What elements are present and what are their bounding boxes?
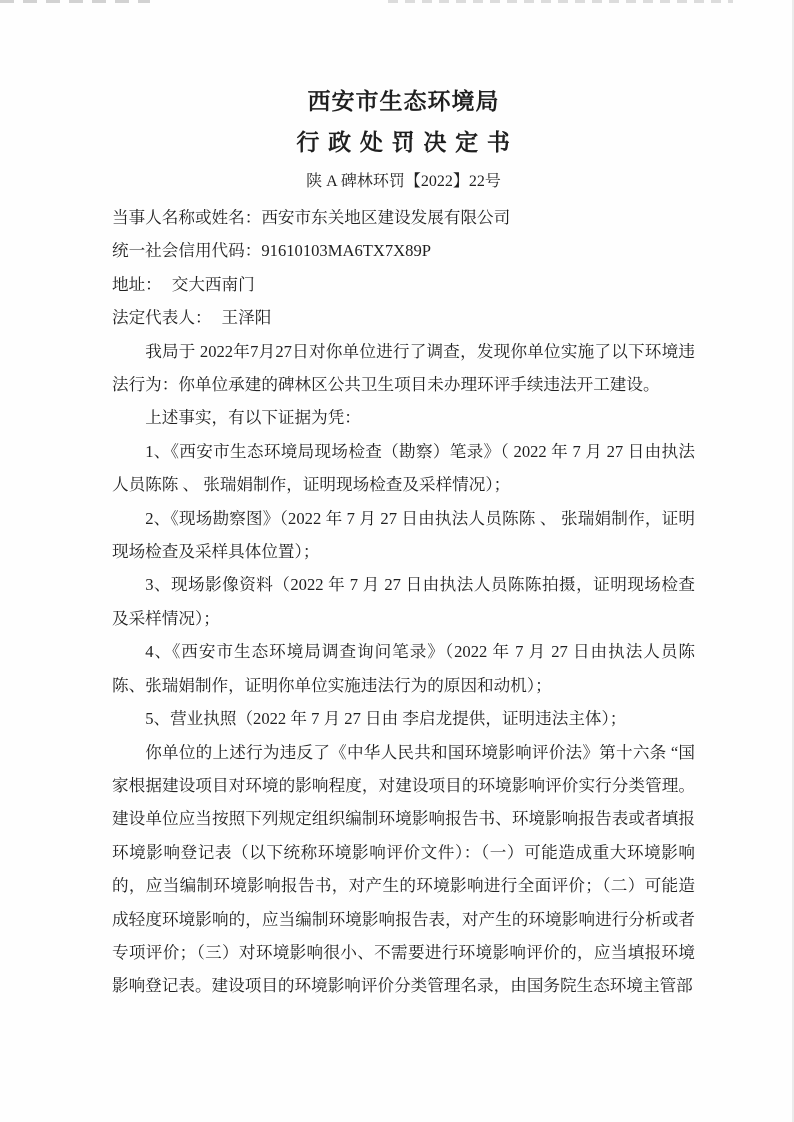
- paragraph: 我局于 2022年7月27日对你单位进行了调查，发现你单位实施了以下环境违法行为…: [112, 335, 695, 402]
- paragraph: 5、营业执照（2022 年 7 月 27 日由 李启龙提供，证明违法主体）；: [112, 702, 695, 735]
- paragraph: 你单位的上述行为违反了《中华人民共和国环境影响评价法》第十六条 “国家根据建设项…: [112, 736, 695, 1003]
- paragraph: 3、现场影像资料（2022 年 7 月 27 日由执法人员陈陈拍摄，证明现场检查…: [112, 568, 695, 635]
- info-value: 交大西南门: [172, 275, 255, 294]
- paragraph: 2、《现场勘察图》（2022 年 7 月 27 日由执法人员陈陈 、 张瑞娟制作…: [112, 502, 695, 569]
- info-value: 91610103MA6TX7X89P: [261, 241, 431, 260]
- info-label: 当事人名称或姓名：: [112, 208, 261, 227]
- doc-number: 陕 A 碑林环罚【2022】22号: [112, 172, 695, 192]
- document-body: 当事人名称或姓名：西安市东关地区建设发展有限公司统一社会信用代码：9161010…: [112, 201, 695, 1003]
- info-label: 地址：: [112, 275, 162, 294]
- org-title: 西安市生态环境局: [112, 86, 695, 116]
- info-label: 法定代表人：: [112, 308, 212, 327]
- paragraph: 4、《西安市生态环境局调查询问笔录》（2022 年 7 月 27 日由执法人员陈…: [112, 635, 695, 702]
- paragraph: 1、《西安市生态环境局现场检查（勘察）笔录》（ 2022 年 7 月 27 日由…: [112, 435, 695, 502]
- info-value: 王泽阳: [222, 308, 272, 327]
- party-info: 当事人名称或姓名：西安市东关地区建设发展有限公司统一社会信用代码：9161010…: [112, 201, 695, 335]
- paragraphs: 我局于 2022年7月27日对你单位进行了调查，发现你单位实施了以下环境违法行为…: [112, 335, 695, 1003]
- paragraph: 上述事实，有以下证据为凭：: [112, 401, 695, 434]
- info-line: 地址：交大西南门: [112, 268, 695, 301]
- document-content: 西安市生态环境局 行政处罚决定书 陕 A 碑林环罚【2022】22号 当事人名称…: [0, 0, 794, 1003]
- info-value: 西安市东关地区建设发展有限公司: [261, 208, 510, 227]
- info-line: 统一社会信用代码：91610103MA6TX7X89P: [112, 234, 695, 267]
- info-line: 法定代表人：王泽阳: [112, 301, 695, 334]
- doc-title: 行政处罚决定书: [112, 127, 695, 157]
- info-line: 当事人名称或姓名：西安市东关地区建设发展有限公司: [112, 201, 695, 234]
- scan-artifact-top-left: [0, 0, 150, 3]
- scan-artifact-top-right: [388, 0, 733, 3]
- info-label: 统一社会信用代码：: [112, 241, 261, 260]
- document-page: 西安市生态环境局 行政处罚决定书 陕 A 碑林环罚【2022】22号 当事人名称…: [0, 0, 794, 1122]
